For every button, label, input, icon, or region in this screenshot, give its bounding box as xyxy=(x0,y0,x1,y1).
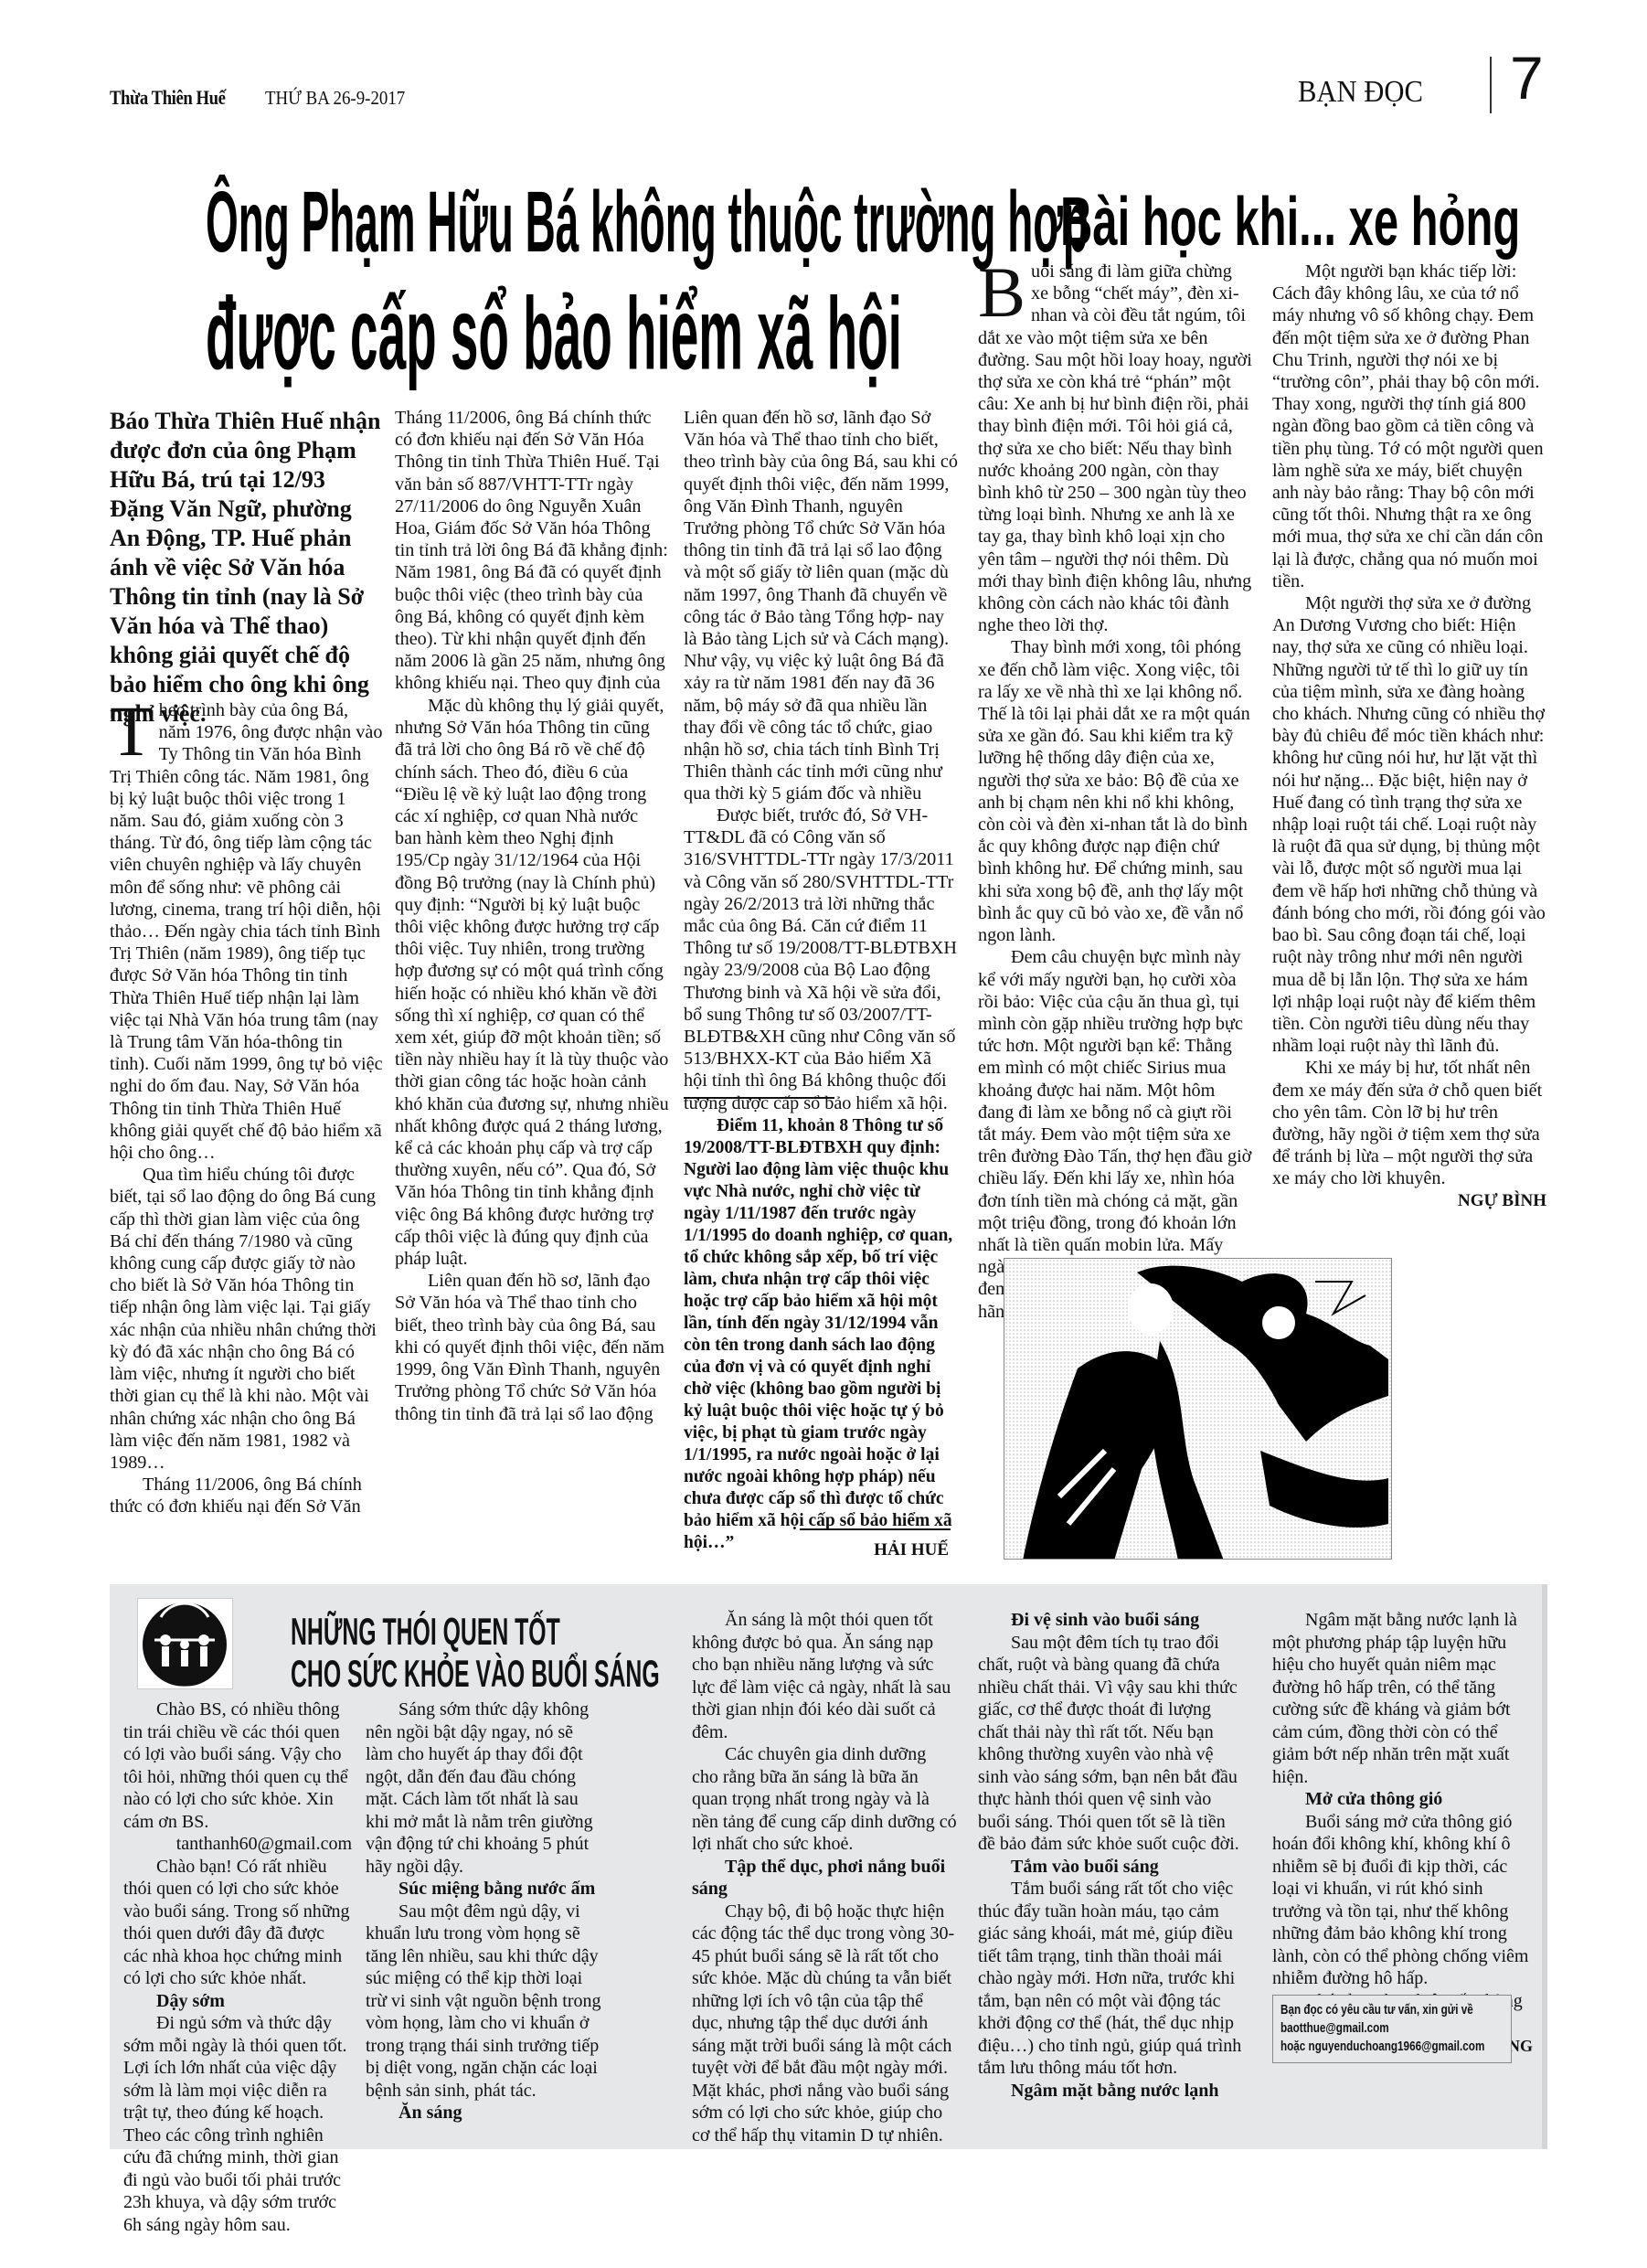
paper-name: Thừa Thiên Huế xyxy=(110,86,226,110)
section-name: BẠN ĐỌC xyxy=(1298,75,1423,110)
dropcap: T xyxy=(110,703,154,760)
health-title-line2: CHO SỨC KHỎE VÀO BUỔI SÁNG xyxy=(291,1653,660,1695)
motorbike-repair-illustration-icon xyxy=(1004,1259,1392,1560)
subheading: Súc miệng bằng nước ấm xyxy=(366,1878,603,1901)
health-column3: Ăn sáng là một thói quen tốt không được … xyxy=(692,1609,957,2146)
paragraph: Thay bình mới xong, tôi phóng xe đến chỗ… xyxy=(978,636,1252,946)
illustration-image xyxy=(1004,1258,1392,1560)
family-health-icon xyxy=(138,1599,232,1688)
article1-column1: Theo trình bày của ông Bá, năm 1976, ông… xyxy=(110,699,384,1517)
article1-column2: Tháng 11/2006, ông Bá chính thức có đơn … xyxy=(395,407,669,1425)
paragraph: heo trình bày của ông Bá, năm 1976, ông … xyxy=(110,700,383,1163)
paragraph: Khi xe máy bị hư, tốt nhất nên đem xe má… xyxy=(1272,1057,1546,1189)
legal-note: Điểm 11, khoản 8 Thông tư số 19/2008/TT-… xyxy=(684,1115,958,1554)
subheading: Ăn sáng xyxy=(366,2102,603,2124)
subheading: Tắm vào buổi sáng xyxy=(978,1856,1243,1879)
article1-title-line2: được cấp sổ bảo hiểm xã hội xyxy=(206,274,902,393)
health-column5: Ngâm mặt bằng nước lạnh là một phương ph… xyxy=(1272,1609,1533,2057)
contact-box: Bạn đọc có yêu cầu tư vấn, xin gửi về ba… xyxy=(1272,1995,1512,2063)
paragraph: Chào bạn! Có rất nhiều thói quen có lợi … xyxy=(123,1856,352,1990)
paragraph: Các chuyên gia dinh dưỡng cho rằng bữa ă… xyxy=(692,1743,957,1856)
article2-byline: NGỰ BÌNH xyxy=(1272,1190,1546,1212)
health-logo xyxy=(137,1598,233,1689)
article2-title: Bài học khi... xe hỏng xyxy=(1060,183,1520,261)
byline-divider xyxy=(800,1528,951,1530)
paragraph: Một người bạn khác tiếp lời: Cách đây kh… xyxy=(1272,261,1546,592)
paragraph: Một người thợ sửa xe ở đường An Dương Vư… xyxy=(1272,592,1546,1057)
paragraph: Tắm buổi sáng rất tốt cho việc thúc đẩy … xyxy=(978,1878,1243,2080)
article1-column3: Liên quan đến hồ sơ, lãnh đạo Sở Văn hóa… xyxy=(684,407,958,1114)
paragraph: Tháng 11/2006, ông Bá chính thức có đơn … xyxy=(395,407,669,695)
health-column2: Sáng sớm thức dậy không nên ngồi bật dậy… xyxy=(366,1698,603,2124)
subheading: Ngâm mặt bằng nước lạnh xyxy=(978,2080,1243,2103)
article2-column2: Một người bạn khác tiếp lời: Cách đây kh… xyxy=(1272,261,1546,1212)
paragraph: Sau một đêm tích tụ trao đổi chất, ruột … xyxy=(978,1632,1243,1856)
reader-email: tanthanh60@gmail.com xyxy=(123,1833,352,1856)
paragraph: Liên quan đến hồ sơ, lãnh đạo Sở Văn hóa… xyxy=(395,1270,669,1425)
contact-email-link[interactable]: baotthue@gmail.com xyxy=(1280,2019,1454,2038)
paragraph: Ăn sáng là một thói quen tốt không được … xyxy=(692,1609,957,1743)
health-column1: Chào BS, có nhiều thông tin trái chiều v… xyxy=(123,1698,352,2236)
paragraph: Đi ngủ sớm và thức dậy sớm mỗi ngày là t… xyxy=(123,2012,352,2236)
subheading: Dậy sớm xyxy=(123,1990,352,2013)
paragraph: Chạy bộ, đi bộ hoặc thực hiện các động t… xyxy=(692,1901,957,2147)
health-column4: Đi vệ sinh vào buổi sáng Sau một đêm tíc… xyxy=(978,1609,1243,2102)
subheading: Đi vệ sinh vào buổi sáng xyxy=(978,1609,1243,1632)
paragraph: Mặc dù không thụ lý giải quyết, nhưng Sở… xyxy=(395,695,669,1270)
article1-title-line1: Ông Phạm Hữu Bá không thuộc trường hợp xyxy=(206,174,1089,272)
paragraph: Liên quan đến hồ sơ, lãnh đạo Sở Văn hóa… xyxy=(684,407,958,804)
issue-date: THỨ BA 26-9-2017 xyxy=(265,87,405,110)
note-divider xyxy=(684,1097,834,1099)
paragraph: Ngâm mặt bằng nước lạnh là một phương ph… xyxy=(1272,1609,1533,1788)
paragraph: Sáng sớm thức dậy không nên ngồi bật dậy… xyxy=(366,1698,603,1878)
contact-email-link[interactable]: hoặc nguyenduchoang1966@gmail.com xyxy=(1280,2038,1454,2056)
paragraph: Được biết, trước đó, Sở VH-TT&DL đã có C… xyxy=(684,804,958,1114)
paragraph: Qua tìm hiểu chúng tôi được biết, tại sổ… xyxy=(110,1164,384,1474)
article1-byline: HẢI HUẾ xyxy=(684,1540,949,1560)
page-number: 7 xyxy=(1510,48,1544,108)
paragraph: Tháng 11/2006, ông Bá chính thức có đơn … xyxy=(110,1474,384,1517)
article2-column1: Buổi sáng đi làm giữa chừng xe bỗng “chế… xyxy=(978,261,1252,1321)
subheading: Mở cửa thông gió xyxy=(1272,1788,1533,1811)
subheading: Tập thể dục, phơi nắng buổi sáng xyxy=(692,1856,957,1901)
contact-text: Bạn đọc có yêu cầu tư vấn, xin gửi về xyxy=(1280,2001,1454,2019)
reader-question: Chào BS, có nhiều thông tin trái chiều v… xyxy=(123,1698,352,1833)
dropcap: B xyxy=(978,264,1025,321)
header-divider xyxy=(1490,57,1492,113)
article1-lede: Báo Thừa Thiên Huế nhận được đơn của ông… xyxy=(110,407,384,729)
paragraph: Buổi sáng mở cửa thông gió hoán đổi khôn… xyxy=(1272,1811,1533,1990)
paragraph: Sau một đêm ngủ dậy, vi khuẩn lưu trong … xyxy=(366,1901,603,2103)
health-title-line1: NHỮNG THÓI QUEN TỐT xyxy=(291,1611,560,1653)
